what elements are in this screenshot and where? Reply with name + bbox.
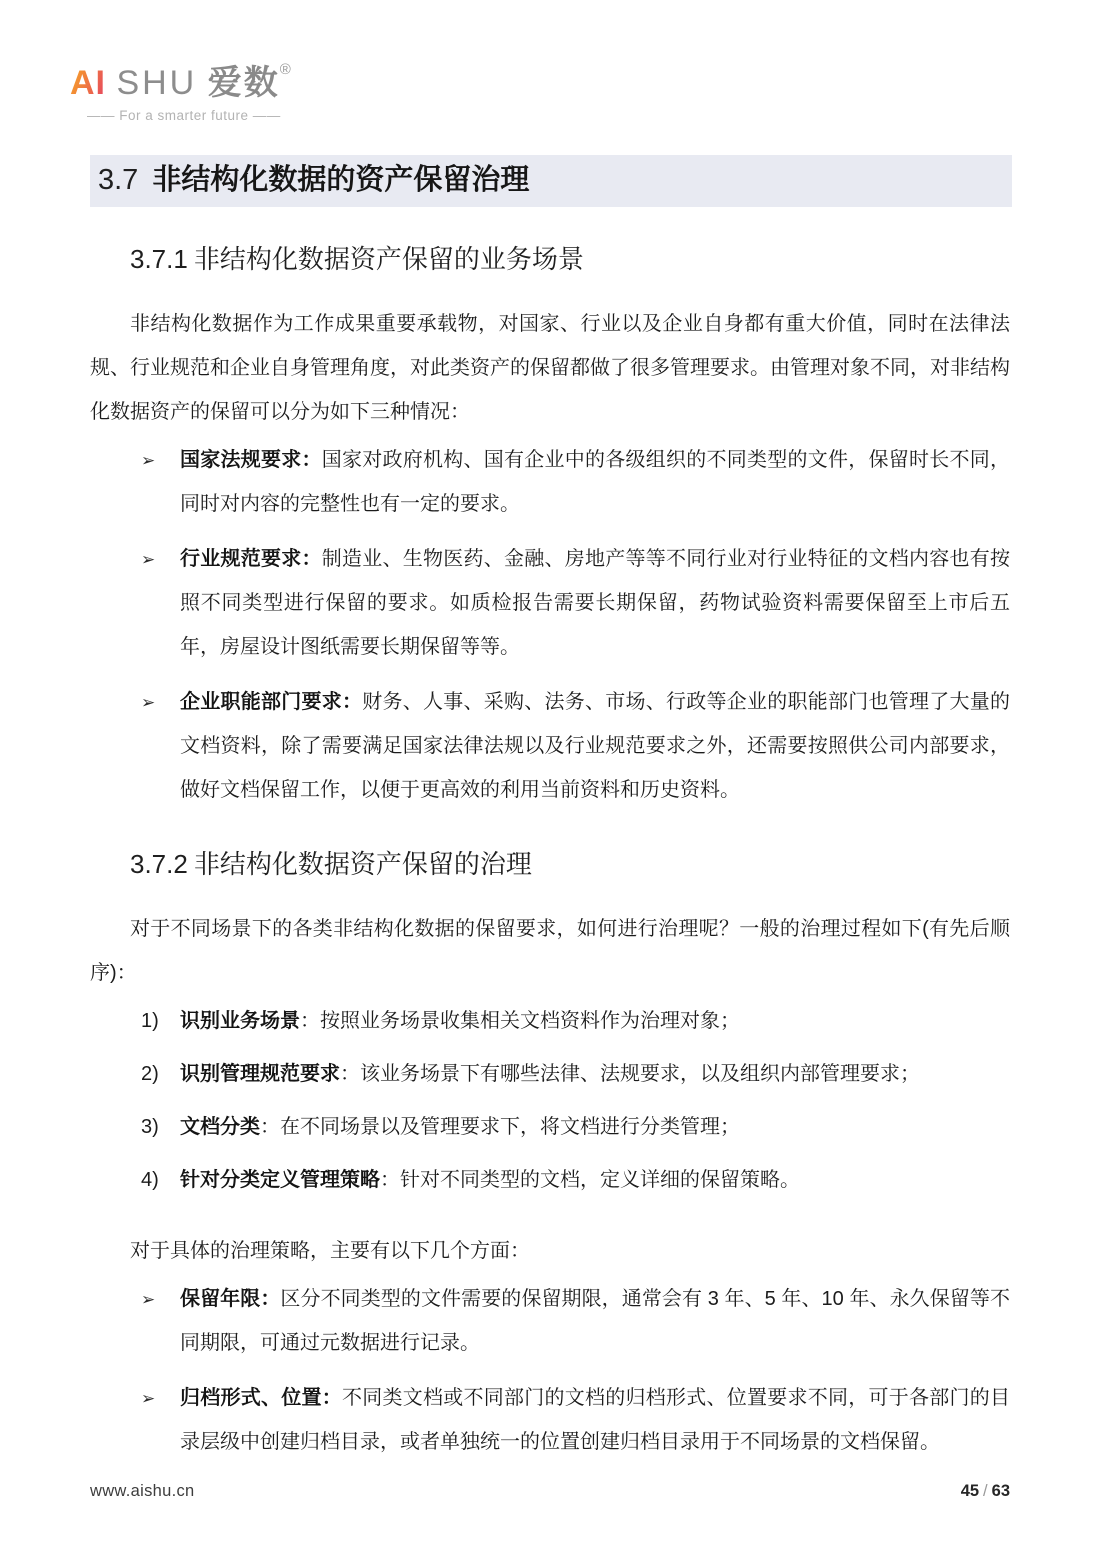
arrow-bullet-icon: ➢ <box>141 1377 155 1421</box>
subsection-title: 非结构化数据资产保留的业务场景 <box>194 244 584 274</box>
list-item: 2)识别管理规范要求：该业务场景下有哪些法律、法规要求，以及组织内部管理要求； <box>180 1052 1010 1096</box>
item-number: 1) <box>141 999 159 1043</box>
list-item: 4)针对分类定义管理策略：针对不同类型的文档，定义详细的保留策略。 <box>180 1158 1010 1202</box>
bullet-label: 企业职能部门要求： <box>180 691 362 713</box>
page-separator: / <box>983 1482 988 1500</box>
logo-chinese-name: 爱数 <box>208 64 280 102</box>
numbered-list: 1)识别业务场景：按照业务场景收集相关文档资料作为治理对象； 2)识别管理规范要… <box>90 999 1010 1202</box>
logo-tagline: —— For a smarter future —— <box>87 108 1102 123</box>
section-number: 3.7 <box>98 164 138 196</box>
item-label: 文档分类 <box>180 1116 260 1138</box>
arrow-bullet-list: ➢国家法规要求：国家对政府机构、国有企业中的各级组织的不同类型的文件，保留时长不… <box>90 438 1010 812</box>
list-item: 3)文档分类：在不同场景以及管理要求下，将文档进行分类管理； <box>180 1105 1010 1149</box>
subsection-number: 3.7.2 <box>130 849 188 879</box>
page-footer: www.aishu.cn 45/63 <box>90 1482 1010 1501</box>
footer-website: www.aishu.cn <box>90 1482 194 1501</box>
aishu-logo: AI SHU 爱数® —— For a smarter future —— <box>0 0 1102 123</box>
list-item: ➢企业职能部门要求：财务、人事、采购、法务、市场、行政等企业的职能部门也管理了大… <box>180 680 1010 812</box>
item-label: 识别管理规范要求 <box>180 1063 340 1085</box>
list-item: ➢归档形式、位置：不同类文档或不同部门的文档的归档形式、位置要求不同，可于各部门… <box>180 1376 1010 1464</box>
item-text: ：针对不同类型的文档，定义详细的保留策略。 <box>380 1169 800 1191</box>
item-text: ：按照业务场景收集相关文档资料作为治理对象； <box>300 1010 740 1032</box>
logo-shu: SHU <box>116 64 197 102</box>
document-page: AI SHU 爱数® —— For a smarter future —— 3.… <box>0 0 1102 1464</box>
registered-trademark-icon: ® <box>280 61 292 78</box>
list-item: ➢国家法规要求：国家对政府机构、国有企业中的各级组织的不同类型的文件，保留时长不… <box>180 438 1010 526</box>
arrow-bullet-icon: ➢ <box>141 681 155 725</box>
item-number: 3) <box>141 1105 159 1149</box>
bullet-label: 行业规范要求： <box>180 548 322 570</box>
list-item: 1)识别业务场景：按照业务场景收集相关文档资料作为治理对象； <box>180 999 1010 1043</box>
item-text: ：在不同场景以及管理要求下，将文档进行分类管理； <box>260 1116 740 1138</box>
arrow-bullet-icon: ➢ <box>141 1278 155 1322</box>
subsection-number: 3.7.1 <box>130 244 188 274</box>
bullet-label: 保留年限： <box>180 1288 280 1310</box>
item-text: ：该业务场景下有哪些法律、法规要求，以及组织内部管理要求； <box>340 1063 920 1085</box>
bullet-text: 区分不同类型的文件需要的保留期限，通常会有 3 年、5 年、10 年、永久保留等… <box>180 1288 1010 1354</box>
bullet-label: 归档形式、位置： <box>180 1387 342 1409</box>
arrow-bullet-icon: ➢ <box>141 538 155 582</box>
paragraph-business-scenarios: 非结构化数据作为工作成果重要承载物，对国家、行业以及企业自身都有重大价值，同时在… <box>90 302 1010 434</box>
item-number: 2) <box>141 1052 159 1096</box>
total-pages: 63 <box>992 1482 1010 1500</box>
section-title: 非结构化数据的资产保留治理 <box>152 164 529 196</box>
item-label: 针对分类定义管理策略 <box>180 1169 380 1191</box>
current-page: 45 <box>961 1482 979 1500</box>
list-item: ➢行业规范要求：制造业、生物医药、金融、房地产等等不同行业对行业特征的文档内容也… <box>180 537 1010 669</box>
item-number: 4) <box>141 1158 159 1202</box>
paragraph-governance-intro: 对于不同场景下的各类非结构化数据的保留要求，如何进行治理呢？一般的治理过程如下(… <box>90 907 1010 995</box>
list-item: ➢保留年限：区分不同类型的文件需要的保留期限，通常会有 3 年、5 年、10 年… <box>180 1277 1010 1365</box>
subsection-title: 非结构化数据资产保留的治理 <box>194 849 532 879</box>
logo-ai-gradient: AI <box>70 64 106 102</box>
page-number: 45/63 <box>961 1482 1010 1501</box>
bullet-label: 国家法规要求： <box>180 449 322 471</box>
paragraph-policy-intro: 对于具体的治理策略，主要有以下几个方面： <box>90 1229 1010 1273</box>
subsection-heading-371: 3.7.1非结构化数据资产保留的业务场景 <box>130 243 1012 275</box>
item-label: 识别业务场景 <box>180 1010 300 1032</box>
subsection-heading-372: 3.7.2非结构化数据资产保留的治理 <box>130 848 1012 880</box>
section-heading-37: 3.7 非结构化数据的资产保留治理 <box>90 155 1012 207</box>
arrow-bullet-list: ➢保留年限：区分不同类型的文件需要的保留期限，通常会有 3 年、5 年、10 年… <box>90 1277 1010 1464</box>
logo-wordmark: AI SHU 爱数® <box>70 50 1102 103</box>
arrow-bullet-icon: ➢ <box>141 439 155 483</box>
